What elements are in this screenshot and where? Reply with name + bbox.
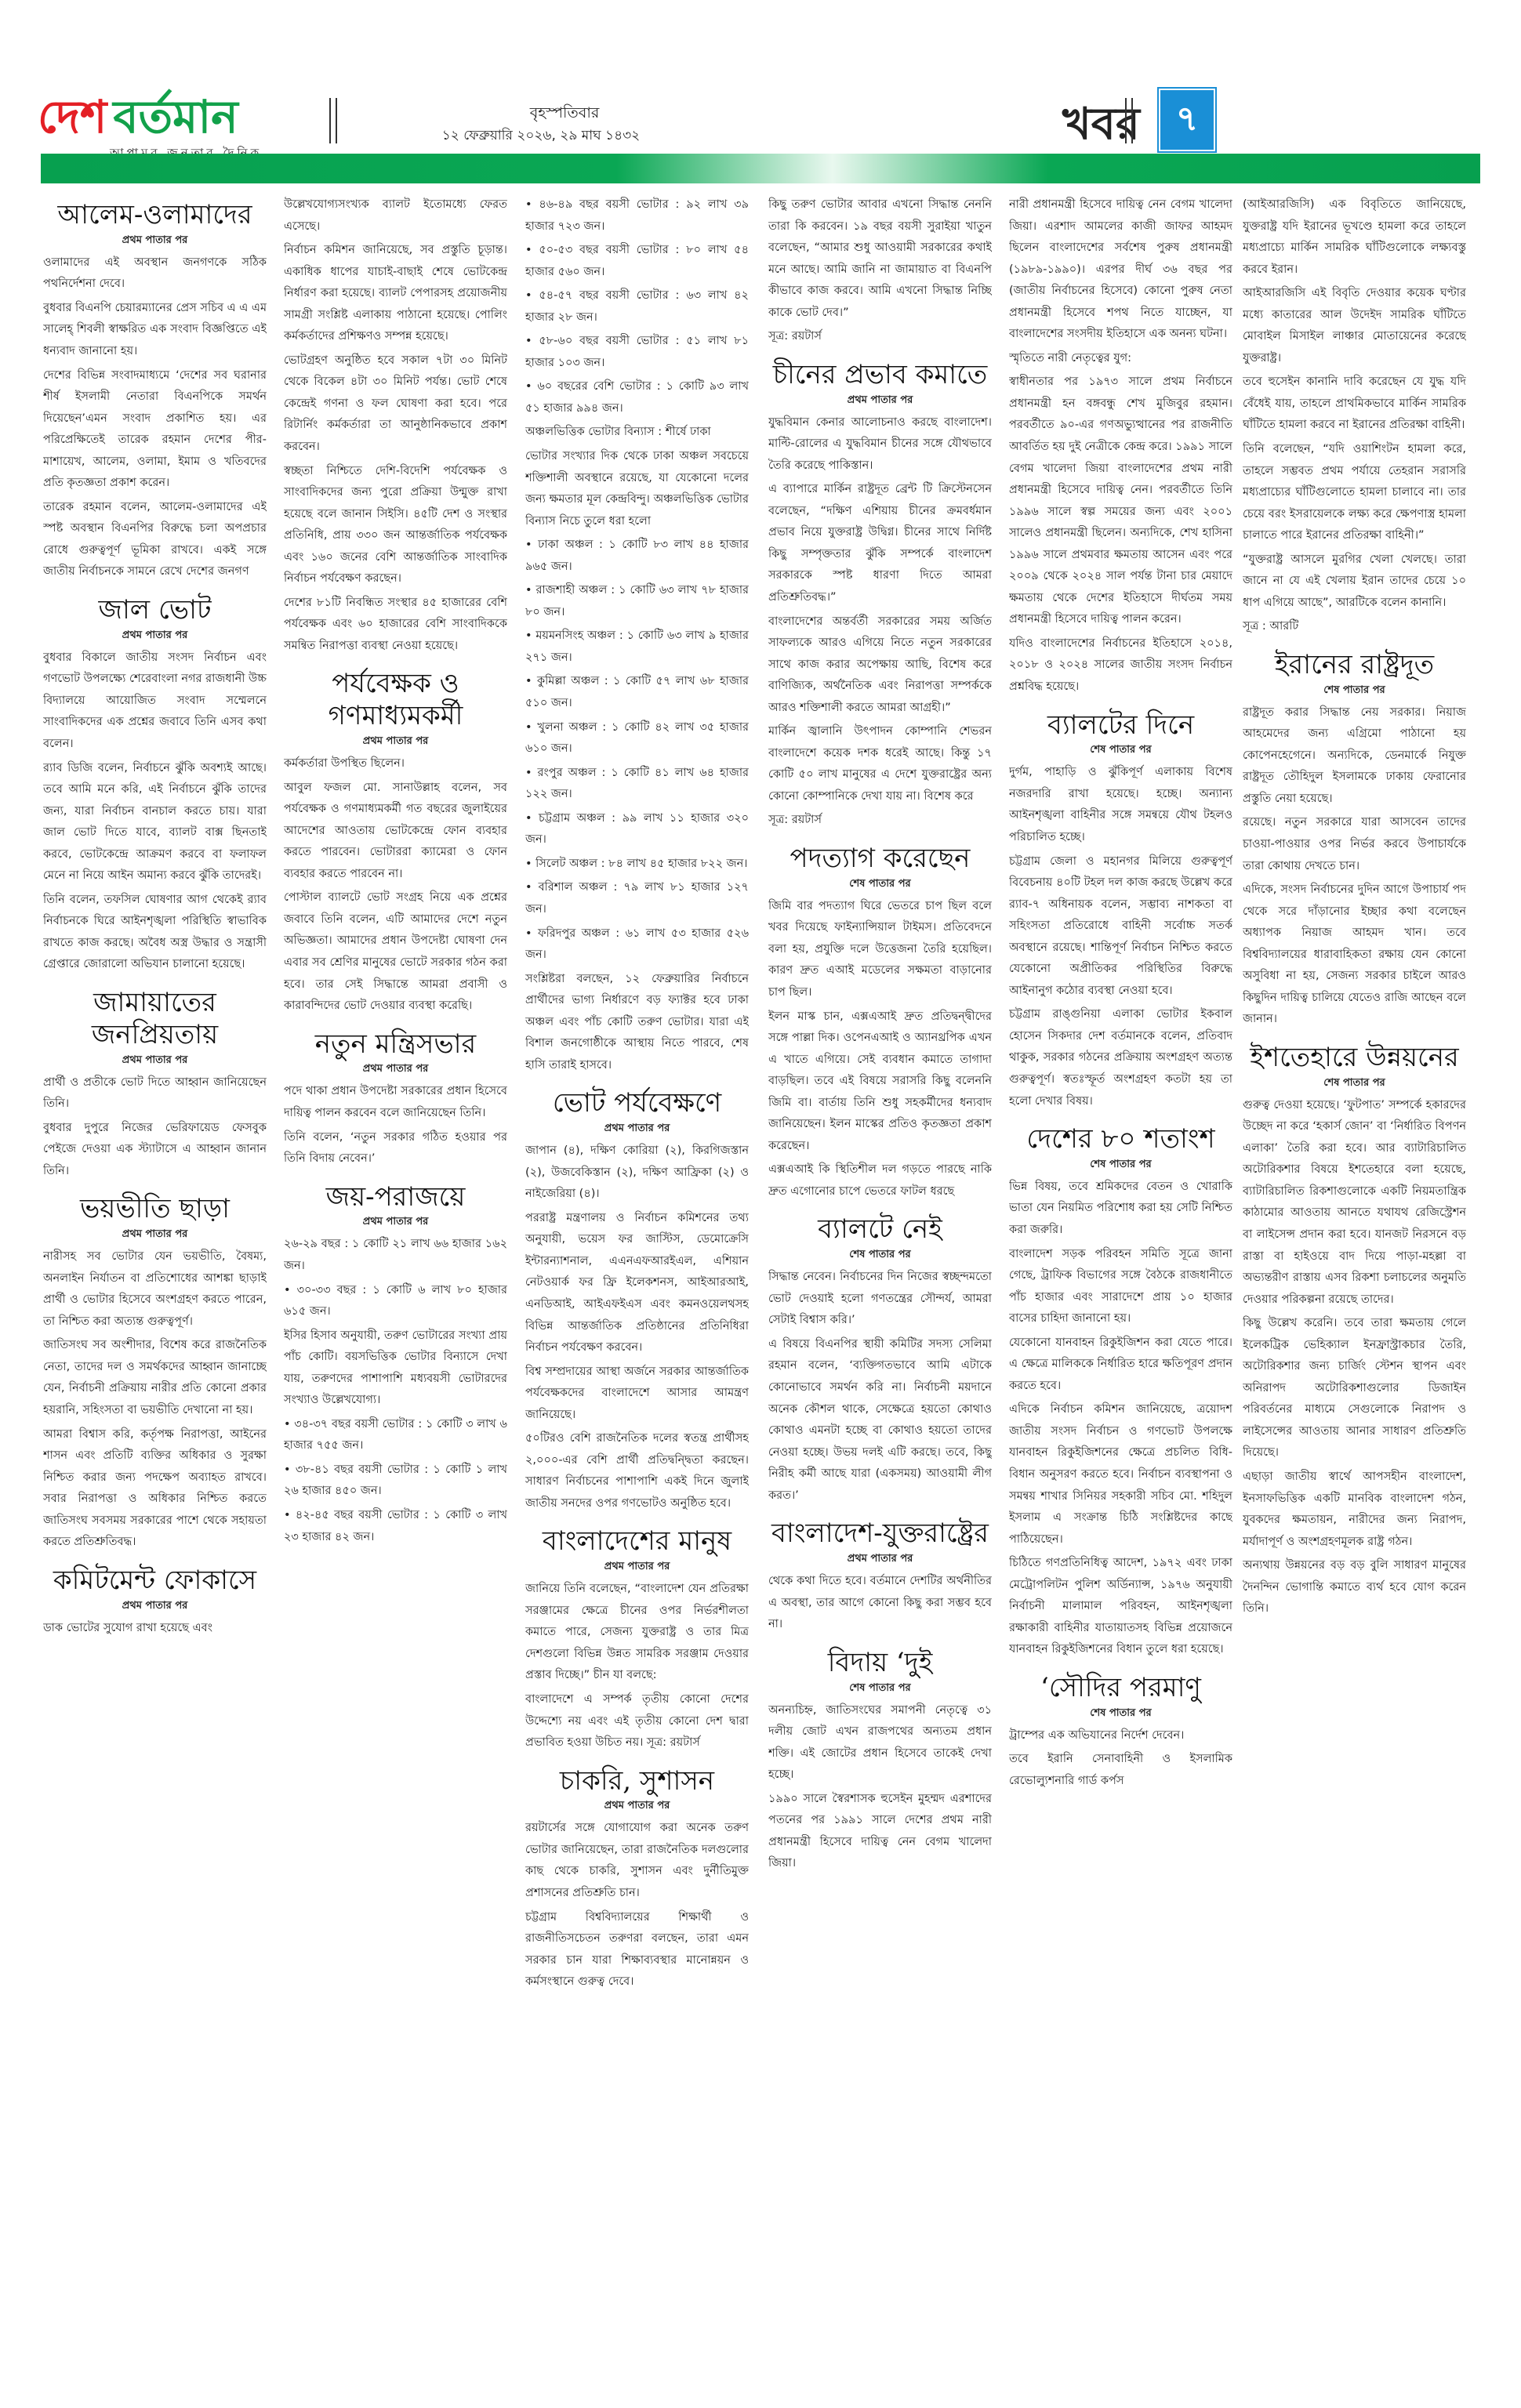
story-paragraph: • ৪২-৪৫ বছর বয়সী ভোটার : ১ কোটি ৩ লাখ ২…	[284, 1505, 507, 1548]
story-headline[interactable]: জাল ভোট	[43, 594, 267, 626]
continuation-label: প্রথম পাতার পর	[284, 734, 507, 750]
story-headline[interactable]: চীনের প্রভাব কমাতে	[768, 359, 992, 391]
news-story: ইরানের রাষ্ট্রদূতশেষ পাতার পররাষ্ট্রদূত …	[1243, 649, 1466, 1031]
story-paragraph: অন্যথায় উন্নয়নের বড় বড় বুলি সাধারণ ম…	[1243, 1555, 1466, 1620]
story-paragraph: • ৫০-৫৩ বছর বয়সী ভোটার : ৮০ লাখ ৫৪ হাজা…	[525, 240, 749, 283]
story-body: ওলামাদের এই অবস্থান জনগণকে সঠিক পথনির্দে…	[43, 252, 267, 583]
story-paragraph: • খুলনা অঞ্চল : ১ কোটি ৪২ লাখ ৩৫ হাজার ৬…	[525, 717, 749, 760]
story-paragraph: রয়টার্সের সঙ্গে যোগাযোগ করা অনেক তরুণ ভ…	[525, 1818, 749, 1904]
news-story: • ৪৬-৪৯ বছর বয়সী ভোটার : ৯২ লাখ ৩৯ হাজা…	[525, 194, 749, 1076]
story-headline[interactable]: কমিটমেন্ট ফোকাসে	[43, 1565, 267, 1597]
story-paragraph: প্রার্থী ও প্রতীকে ভোট দিতে আহ্বান জানিয…	[43, 1072, 267, 1115]
story-paragraph: নারী প্রধানমন্ত্রী হিসেবে দায়িত্ব নেন ব…	[1009, 194, 1232, 346]
story-paragraph: “যুক্তরাষ্ট্র আসলে মুরগির খেলা খেলছে। তা…	[1243, 549, 1466, 615]
story-paragraph: পোস্টাল ব্যালটে ভোট সংগ্রহ নিয়ে এক প্রশ…	[284, 887, 507, 1017]
story-paragraph: বাংলাদেশ সড়ক পরিবহন সমিতি সূত্রে জানা গ…	[1009, 1244, 1232, 1330]
story-body: রাষ্ট্রদূত করার সিদ্ধান্ত নেয় সরকার। নি…	[1243, 702, 1466, 1031]
story-paragraph: আইআরজিসি এই বিবৃতি দেওয়ার কয়েক ঘণ্টার …	[1243, 283, 1466, 369]
news-story: পদত্যাগ করেছেনশেষ পাতার পরজিমি বার পদত্য…	[768, 843, 992, 1202]
continuation-label: প্রথম পাতার পর	[43, 1227, 267, 1243]
masthead: দেশবর্তমান আপামর জনতার দৈনিক বৃহস্পতিবার…	[0, 0, 1521, 185]
story-paragraph: ওলামাদের এই অবস্থান জনগণকে সঠিক পথনির্দে…	[43, 252, 267, 296]
story-paragraph: • সিলেট অঞ্চল : ৮৪ লাখ ৪৫ হাজার ৮২২ জন।	[525, 854, 749, 876]
news-story: বিদায় ‘দুইশেষ পাতার পরঅনন্যচিহ্ন, জাতিস…	[768, 1647, 992, 1875]
logo-green-word: বর্তমান	[113, 90, 238, 143]
news-story: আলেম-ওলামাদেরপ্রথম পাতার পরওলামাদের এই অ…	[43, 199, 267, 583]
story-paragraph: দুর্গম, পাহাড়ি ও ঝুঁকিপূর্ণ এলাকায় বিশ…	[1009, 762, 1232, 848]
story-paragraph: থেকে কথা দিতে হবে। বর্তমানে দেশটির অর্থন…	[768, 1571, 992, 1636]
page-number-badge: ৭	[1159, 89, 1215, 151]
continuation-label: প্রথম পাতার পর	[43, 628, 267, 644]
newspaper-logo[interactable]: দেশবর্তমান	[38, 94, 238, 140]
story-headline[interactable]: ভোট পর্যবেক্ষণে	[525, 1087, 749, 1119]
news-story: ব্যালটের দিনেশেষ পাতার পরদুর্গম, পাহাড়ি…	[1009, 709, 1232, 1113]
story-paragraph: • ৩৪-৩৭ বছর বয়সী ভোটার : ১ কোটি ৩ লাখ ৬…	[284, 1414, 507, 1457]
story-paragraph: অনন্যচিহ্ন, জাতিসংঘের সমাপনী নেতৃত্বে ৩১…	[768, 1700, 992, 1786]
news-story: জয়-পরাজয়েপ্রথম পাতার পর২৬-২৯ বছর : ১ ক…	[284, 1181, 507, 1548]
story-paragraph: এদিকে, সংসদ নির্বাচনের দুদিন আগে উপাচার্…	[1243, 879, 1466, 1031]
story-paragraph: নারীসহ সব ভোটার যেন ভয়ভীতি, বৈষম্য, অনল…	[43, 1246, 267, 1333]
news-column-2: উল্লেখযোগ্যসংখ্যক ব্যালট ইতোমধ্যে ফেরত এ…	[284, 194, 507, 2389]
story-paragraph: জাপান (৪), দক্ষিণ কোরিয়া (২), কিরগিজস্ত…	[525, 1141, 749, 1206]
story-paragraph: সূত্র: রয়টার্স	[768, 326, 992, 348]
news-story: ‘সৌদির পরমাণুশেষ পাতার পরট্রাম্পের এক অভ…	[1009, 1672, 1232, 1792]
continuation-label: শেষ পাতার পর	[1243, 1075, 1466, 1092]
story-body: কর্মকর্তারা উপস্থিত ছিলেন।আবুল ফজল মো. স…	[284, 753, 507, 1017]
logo-red-word: দেশ	[38, 90, 107, 143]
story-body: জিমি বার পদত্যাগ ঘিরে ভেতরে চাপ ছিল বলে …	[768, 896, 992, 1203]
story-body: জানিয়ে তিনি বলেছেন, “বাংলাদেশ যেন প্রতি…	[525, 1579, 749, 1753]
story-paragraph: বিশ্ব সম্প্রদায়ের আস্থা অর্জনে সরকার আন…	[525, 1362, 749, 1427]
story-paragraph: চট্টগ্রাম বিশ্ববিদ্যালয়ের শিক্ষার্থী ও …	[525, 1907, 749, 1993]
continuation-label: প্রথম পাতার পর	[284, 1214, 507, 1231]
continuation-label: শেষ পাতার পর	[768, 876, 992, 893]
issue-day: বৃহস্পতিবার	[439, 102, 690, 127]
story-paragraph: • চট্টগ্রাম অঞ্চল : ৯৯ লাখ ১১ হাজার ৩২০ …	[525, 808, 749, 851]
story-body: ২৬-২৯ বছর : ১ কোটি ২১ লাখ ৬৬ হাজার ১৬২ জ…	[284, 1234, 507, 1548]
story-paragraph: ২৬-২৯ বছর : ১ কোটি ২১ লাখ ৬৬ হাজার ১৬২ জ…	[284, 1234, 507, 1277]
news-column-4: কিছু তরুণ ভোটার আবার এখনো সিদ্ধান্ত নেনন…	[768, 194, 992, 2389]
news-story: জামায়াতের জনপ্রিয়তায়প্রথম পাতার পরপ্র…	[43, 987, 267, 1182]
story-paragraph: অঞ্চলভিত্তিক ভোটার বিন্যাস : শীর্ষে ঢাকা	[525, 422, 749, 444]
news-story: নারী প্রধানমন্ত্রী হিসেবে দায়িত্ব নেন ব…	[1009, 194, 1232, 698]
story-paragraph: স্বাধীনতার পর ১৯৭৩ সালে প্রথম নির্বাচনে …	[1009, 372, 1232, 631]
news-column-5: নারী প্রধানমন্ত্রী হিসেবে দায়িত্ব নেন ব…	[1009, 194, 1232, 2389]
issue-date: ১২ ফেব্রুয়ারি ২০২৬, ২৯ মাঘ ১৪৩২	[361, 125, 721, 147]
story-paragraph: তিনি বলেন, ‘নতুন সরকার গঠিত হওয়ার পর তি…	[284, 1127, 507, 1170]
story-body: প্রার্থী ও প্রতীকে ভোট দিতে আহ্বান জানিয…	[43, 1072, 267, 1183]
story-body: (আইআরজিসি) এক বিবৃতিতে জানিয়েছে, যুক্তর…	[1243, 194, 1466, 638]
story-headline[interactable]: বিদায় ‘দুই	[768, 1647, 992, 1679]
story-paragraph: বুধবার বিএনপি চেয়ারম্যানের প্রেস সচিব এ…	[43, 298, 267, 363]
story-body: ট্রাম্পের এক অভিযানের নির্দেশ দেবেন।তবে …	[1009, 1725, 1232, 1793]
story-paragraph: যেকোনো যানবাহন রিকুইজিশন করা যেতে পারে। …	[1009, 1333, 1232, 1398]
story-headline[interactable]: ইরানের রাষ্ট্রদূত	[1243, 649, 1466, 681]
story-body: গুরুত্ব দেওয়া হয়েছে। ‘ফুটপাত’ সম্পর্কে…	[1243, 1095, 1466, 1620]
story-paragraph: জাতিসংঘ সব অংশীদার, বিশেষ করে রাজনৈতিক ন…	[43, 1335, 267, 1421]
story-paragraph: • ৫৮-৬০ বছর বয়সী ভোটার : ৫১ লাখ ৮১ হাজা…	[525, 331, 749, 374]
story-paragraph: ভিন্ন বিষয়, তবে শ্রমিকদের বেতন ও খোরাকি…	[1009, 1177, 1232, 1242]
story-headline[interactable]: বাংলাদেশ-যুক্তরাষ্ট্রের	[768, 1518, 992, 1550]
story-body: ভিন্ন বিষয়, তবে শ্রমিকদের বেতন ও খোরাকি…	[1009, 1177, 1232, 1661]
news-story: পর্যবেক্ষক ও গণমাধ্যমকর্মীপ্রথম পাতার পর…	[284, 668, 507, 1017]
story-paragraph: সংশ্লিষ্টরা বলছেন, ১২ ফেব্রুয়ারির নির্ব…	[525, 969, 749, 1077]
story-paragraph: • ৩৮-৪১ বছর বয়সী ভোটার : ১ কোটি ১ লাখ ২…	[284, 1460, 507, 1503]
story-body: থেকে কথা দিতে হবে। বর্তমানে দেশটির অর্থন…	[768, 1571, 992, 1636]
continuation-label: প্রথম পাতার পর	[525, 1798, 749, 1815]
story-paragraph: এছাড়া জাতীয় স্বার্থে আপসহীন বাংলাদেশ, …	[1243, 1467, 1466, 1553]
story-paragraph: র‍্যাব ডিজি বলেন, নির্বাচনে ঝুঁকি অবশ্যই…	[43, 758, 267, 887]
divider-icon	[1125, 98, 1133, 143]
story-body: ডাক ভোটের সুযোগ রাখা হয়েছে এবং	[43, 1618, 267, 1640]
story-paragraph: তবে হুসেইন কানানি দাবি করেছেন যে যুদ্ধ য…	[1243, 372, 1466, 437]
news-story: ভোট পর্যবেক্ষণেপ্রথম পাতার পরজাপান (৪), …	[525, 1087, 749, 1514]
story-paragraph: চট্টগ্রাম জেলা ও মহানগর মিলিয়ে গুরুত্বপ…	[1009, 851, 1232, 1003]
story-paragraph: এ ব্যাপারে মার্কিন রাষ্ট্রদূত ব্রেন্ট টি…	[768, 479, 992, 608]
story-paragraph: ডাক ভোটের সুযোগ রাখা হয়েছে এবং	[43, 1618, 267, 1640]
news-story: কিছু তরুণ ভোটার আবার এখনো সিদ্ধান্ত নেনন…	[768, 194, 992, 348]
story-paragraph: • ময়মনসিংহ অঞ্চল : ১ কোটি ৬৩ লাখ ৯ হাজা…	[525, 626, 749, 669]
story-paragraph: তারেক রহমান বলেন, আলেম-ওলামাদের এই স্পষ্…	[43, 497, 267, 583]
story-headline[interactable]: ব্যালটের দিনে	[1009, 709, 1232, 742]
news-story: দেশের ৮০ শতাংশশেষ পাতার পরভিন্ন বিষয়, ত…	[1009, 1123, 1232, 1661]
news-story: ভয়ভীতি ছাড়াপ্রথম পাতার পরনারীসহ সব ভোট…	[43, 1193, 267, 1553]
news-story: বাংলাদেশ-যুক্তরাষ্ট্রেরপ্রথম পাতার পরথেক…	[768, 1518, 992, 1635]
story-paragraph: • ৫৪-৫৭ বছর বয়সী ভোটার : ৬৩ লাখ ৪২ হাজা…	[525, 285, 749, 328]
story-paragraph: কিছু তরুণ ভোটার আবার এখনো সিদ্ধান্ত নেনন…	[768, 194, 992, 324]
story-paragraph: ৫০টিরও বেশি রাজনৈতিক দলের স্বতন্ত্র প্রা…	[525, 1428, 749, 1514]
story-paragraph: জানিয়ে তিনি বলেছেন, “বাংলাদেশ যেন প্রতি…	[525, 1579, 749, 1687]
story-paragraph: ইসির হিসাব অনুযায়ী, তরুণ ভোটারের সংখ্যা…	[284, 1325, 507, 1412]
story-paragraph: চট্টগ্রাম রাঙ্গুনিয়া এলাকা ভোটার ইকবাল …	[1009, 1004, 1232, 1112]
divider-icon	[329, 98, 337, 143]
story-paragraph: বুধবার বিকালে জাতীয় সংসদ নির্বাচন এবং গ…	[43, 647, 267, 756]
continuation-label: শেষ পাতার পর	[1009, 1706, 1232, 1722]
story-paragraph: বুধবার দুপুরে নিজের ভেরিফায়েড ফেসবুক পে…	[43, 1118, 267, 1183]
story-paragraph: • রাজশাহী অঞ্চল : ১ কোটি ৬৩ লাখ ৭৮ হাজার…	[525, 580, 749, 623]
story-paragraph: ইলন মাস্ক চান, এক্সএআই দ্রুত প্রতিদ্বন্দ…	[768, 1006, 992, 1158]
continuation-label: প্রথম পাতার পর	[43, 1598, 267, 1615]
story-headline[interactable]: ভয়ভীতি ছাড়া	[43, 1193, 267, 1225]
story-paragraph: তিনি বলেন, তফসিল ঘোষণার আগ থেকেই র‍্যাব …	[43, 890, 267, 976]
story-paragraph: • ৪৬-৪৯ বছর বয়সী ভোটার : ৯২ লাখ ৩৯ হাজা…	[525, 194, 749, 238]
story-headline[interactable]: পর্যবেক্ষক ও গণমাধ্যমকর্মী	[284, 668, 507, 732]
continuation-label: শেষ পাতার পর	[1243, 683, 1466, 699]
news-story: (আইআরজিসি) এক বিবৃতিতে জানিয়েছে, যুক্তর…	[1243, 194, 1466, 638]
story-headline[interactable]: জয়-পরাজয়ে	[284, 1181, 507, 1213]
header-green-rule	[41, 154, 1480, 183]
continuation-label: শেষ পাতার পর	[1009, 742, 1232, 759]
story-paragraph: উল্লেখযোগ্যসংখ্যক ব্যালট ইতোমধ্যে ফেরত এ…	[284, 194, 507, 238]
story-headline[interactable]: বাংলাদেশের মানুষ	[525, 1525, 749, 1558]
story-paragraph: এদিকে নির্বাচন কমিশন জানিয়েছে, ত্রয়োদশ…	[1009, 1399, 1232, 1550]
story-body: যুদ্ধবিমান কেনার আলোচনাও করছে বাংলাদেশ। …	[768, 412, 992, 832]
continuation-label: শেষ পাতার পর	[768, 1247, 992, 1264]
story-body: বুধবার বিকালে জাতীয় সংসদ নির্বাচন এবং গ…	[43, 647, 267, 976]
story-paragraph: রাষ্ট্রদূত করার সিদ্ধান্ত নেয় সরকার। নি…	[1243, 702, 1466, 811]
news-story: উল্লেখযোগ্যসংখ্যক ব্যালট ইতোমধ্যে ফেরত এ…	[284, 194, 507, 657]
story-body: কিছু তরুণ ভোটার আবার এখনো সিদ্ধান্ত নেনন…	[768, 194, 992, 348]
story-headline[interactable]: আলেম-ওলামাদের	[43, 199, 267, 231]
continuation-label: প্রথম পাতার পর	[768, 1551, 992, 1568]
story-headline[interactable]: নতুন মন্ত্রিসভার	[284, 1028, 507, 1061]
story-headline[interactable]: দেশের ৮০ শতাংশ	[1009, 1123, 1232, 1155]
continuation-label: প্রথম পাতার পর	[43, 1053, 267, 1069]
story-body: রয়টার্সের সঙ্গে যোগাযোগ করা অনেক তরুণ ভ…	[525, 1818, 749, 1993]
story-paragraph: কর্মকর্তারা উপস্থিত ছিলেন।	[284, 753, 507, 775]
story-paragraph: • ঢাকা অঞ্চল : ১ কোটি ৮৩ লাখ ৪৪ হাজার ৯৬…	[525, 535, 749, 578]
story-body: উল্লেখযোগ্যসংখ্যক ব্যালট ইতোমধ্যে ফেরত এ…	[284, 194, 507, 657]
continuation-label: প্রথম পাতার পর	[525, 1121, 749, 1137]
story-body: নারীসহ সব ভোটার যেন ভয়ভীতি, বৈষম্য, অনল…	[43, 1246, 267, 1554]
story-paragraph: গুরুত্ব দেওয়া হয়েছে। ‘ফুটপাত’ সম্পর্কে…	[1243, 1095, 1466, 1311]
story-paragraph: স্মৃতিতে নারী নেতৃত্বের যুগ:	[1009, 348, 1232, 370]
story-headline[interactable]: পদত্যাগ করেছেন	[768, 843, 992, 875]
story-headline[interactable]: ‘সৌদির পরমাণু	[1009, 1672, 1232, 1704]
story-paragraph: সিদ্ধান্ত নেবেন। নির্বাচনের দিন নিজের স্…	[768, 1267, 992, 1332]
story-body: জাপান (৪), দক্ষিণ কোরিয়া (২), কিরগিজস্ত…	[525, 1141, 749, 1514]
story-body: সিদ্ধান্ত নেবেন। নির্বাচনের দিন নিজের স্…	[768, 1267, 992, 1507]
story-paragraph: কিছু উল্লেখ করেনি। তবে তারা ক্ষমতায় গেল…	[1243, 1313, 1466, 1464]
story-paragraph: • ৬০ বছরের বেশি ভোটার : ১ কোটি ৯৩ লাখ ৫১…	[525, 376, 749, 419]
story-paragraph: ভোটার সংখ্যার দিক থেকে ঢাকা অঞ্চল সবচেয়…	[525, 446, 749, 532]
story-paragraph: সূত্র : আরটি	[1243, 616, 1466, 638]
story-paragraph: আমরা বিশ্বাস করি, কর্তৃপক্ষ নিরাপত্তা, আ…	[43, 1424, 267, 1554]
story-paragraph: জিমি বার পদত্যাগ ঘিরে ভেতরে চাপ ছিল বলে …	[768, 896, 992, 1004]
news-story: বাংলাদেশের মানুষপ্রথম পাতার পরজানিয়ে তি…	[525, 1525, 749, 1753]
story-paragraph: চিঠিতে গণপ্রতিনিধিত্ব আদেশ, ১৯৭২ এবং ঢাক…	[1009, 1553, 1232, 1661]
story-paragraph: • বরিশাল অঞ্চল : ৭৯ লাখ ৮১ হাজার ১২৭ জন।	[525, 877, 749, 920]
story-paragraph: যুদ্ধবিমান কেনার আলোচনাও করছে বাংলাদেশ। …	[768, 412, 992, 477]
news-column-1: আলেম-ওলামাদেরপ্রথম পাতার পরওলামাদের এই অ…	[43, 194, 267, 2389]
story-body: • ৪৬-৪৯ বছর বয়সী ভোটার : ৯২ লাখ ৩৯ হাজা…	[525, 194, 749, 1076]
story-paragraph: তিনি বলেছেন, “যদি ওয়াশিংটন হামলা করে, ত…	[1243, 439, 1466, 547]
story-paragraph: ভোটগ্রহণ অনুষ্ঠিত হবে সকাল ৭টা ৩০ মিনিট …	[284, 350, 507, 459]
continuation-label: শেষ পাতার পর	[1009, 1157, 1232, 1173]
story-paragraph: পররাষ্ট্র মন্ত্রণালয় ও নির্বাচন কমিশনের…	[525, 1208, 749, 1359]
news-story: চাকরি, সুশাসনপ্রথম পাতার পররয়টার্সের সঙ…	[525, 1765, 749, 1993]
story-paragraph: • ৩০-৩৩ বছর : ১ কোটি ৬ লাখ ৮০ হাজার ৬১৫ …	[284, 1280, 507, 1323]
story-paragraph: আবুল ফজল মো. সানাউল্লাহ বলেন, সব পর্যবেক…	[284, 778, 507, 886]
story-paragraph: বাংলাদেশের অন্তর্বর্তী সরকারের সময় অর্জ…	[768, 611, 992, 720]
news-story: ব্যালটে নেইশেষ পাতার পরসিদ্ধান্ত নেবেন। …	[768, 1213, 992, 1507]
continuation-label: প্রথম পাতার পর	[43, 233, 267, 249]
news-story: জাল ভোটপ্রথম পাতার পরবুধবার বিকালে জাতীয…	[43, 594, 267, 976]
story-paragraph: এ বিষয়ে বিএনপির স্থায়ী কমিটির সদস্য সে…	[768, 1334, 992, 1507]
story-paragraph: তবে ইরানি সেনাবাহিনী ও ইসলামিক রেভোল্যুশ…	[1009, 1749, 1232, 1792]
story-paragraph: সূত্র: রয়টার্স	[768, 810, 992, 832]
story-headline[interactable]: ইশতেহারে উন্নয়নের	[1243, 1042, 1466, 1074]
story-paragraph: বাংলাদেশে এ সম্পর্ক তৃতীয় কোনো দেশের উদ…	[525, 1689, 749, 1754]
story-paragraph: যদিও বাংলাদেশের নির্বাচনের ইতিহাসে ২০১৪,…	[1009, 633, 1232, 698]
news-story: ইশতেহারে উন্নয়নেরশেষ পাতার পরগুরুত্ব দে…	[1243, 1042, 1466, 1620]
story-body: পদে থাকা প্রধান উপদেষ্টা সরকারের প্রধান …	[284, 1081, 507, 1170]
continuation-label: প্রথম পাতার পর	[284, 1061, 507, 1078]
story-paragraph: ১৯৯০ সালে স্বৈরশাসক হুসেইন মুহম্মদ এরশাদ…	[768, 1789, 992, 1875]
story-headline[interactable]: ব্যালটে নেই	[768, 1213, 992, 1246]
story-paragraph: পদে থাকা প্রধান উপদেষ্টা সরকারের প্রধান …	[284, 1081, 507, 1124]
story-paragraph: ট্রাম্পের এক অভিযানের নির্দেশ দেবেন।	[1009, 1725, 1232, 1747]
story-paragraph: মার্কিন জ্বালানি উৎপাদন কোম্পানি শেভরন ব…	[768, 721, 992, 807]
continuation-label: প্রথম পাতার পর	[768, 393, 992, 409]
story-body: অনন্যচিহ্ন, জাতিসংঘের সমাপনী নেতৃত্বে ৩১…	[768, 1700, 992, 1875]
story-paragraph: এক্সএআই কি স্থিতিশীল দল গড়তে পারছে নাকি…	[768, 1159, 992, 1202]
story-headline[interactable]: চাকরি, সুশাসন	[525, 1765, 749, 1797]
story-body: নারী প্রধানমন্ত্রী হিসেবে দায়িত্ব নেন ব…	[1009, 194, 1232, 698]
news-column-3: • ৪৬-৪৯ বছর বয়সী ভোটার : ৯২ লাখ ৩৯ হাজা…	[525, 194, 749, 2389]
news-story: কমিটমেন্ট ফোকাসেপ্রথম পাতার পরডাক ভোটের …	[43, 1565, 267, 1639]
story-body: দুর্গম, পাহাড়ি ও ঝুঁকিপূর্ণ এলাকায় বিশ…	[1009, 762, 1232, 1112]
news-column-6: (আইআরজিসি) এক বিবৃতিতে জানিয়েছে, যুক্তর…	[1243, 194, 1466, 2389]
story-paragraph: (আইআরজিসি) এক বিবৃতিতে জানিয়েছে, যুক্তর…	[1243, 194, 1466, 281]
story-paragraph: • ফরিদপুর অঞ্চল : ৬১ লাখ ৫৩ হাজার ৫২৬ জন…	[525, 923, 749, 966]
continuation-label: শেষ পাতার পর	[768, 1681, 992, 1697]
story-paragraph: • কুমিল্লা অঞ্চল : ১ কোটি ৫৭ লাখ ৬৮ হাজা…	[525, 671, 749, 714]
story-headline[interactable]: জামায়াতের জনপ্রিয়তায়	[43, 987, 267, 1051]
continuation-label: প্রথম পাতার পর	[525, 1559, 749, 1576]
story-paragraph: স্বচ্ছতা নিশ্চিতে দেশি-বিদেশি পর্যবেক্ষক…	[284, 461, 507, 590]
news-story: নতুন মন্ত্রিসভারপ্রথম পাতার পরপদে থাকা প…	[284, 1028, 507, 1170]
story-paragraph: রয়েছে। নতুন সরকারে যারা আসবেন তাদের চাও…	[1243, 812, 1466, 877]
story-paragraph: নির্বাচন কমিশন জানিয়েছে, সব প্রস্তুতি চ…	[284, 240, 507, 348]
story-paragraph: দেশের বিভিন্ন সংবাদমাধ্যমে ‘দেশের সব ঘরা…	[43, 365, 267, 495]
story-paragraph: দেশের ৮১টি নিবন্ধিত সংস্থার ৪৫ হাজারের ব…	[284, 593, 507, 658]
news-story: চীনের প্রভাব কমাতেপ্রথম পাতার পরযুদ্ধবিম…	[768, 359, 992, 832]
story-paragraph: • রংপুর অঞ্চল : ১ কোটি ৪১ লাখ ৬৪ হাজার ১…	[525, 763, 749, 806]
